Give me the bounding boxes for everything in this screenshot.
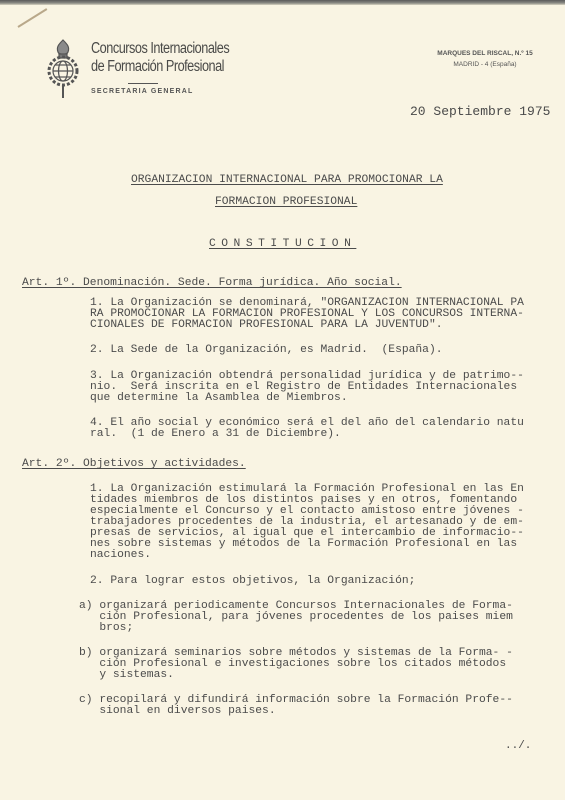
emblem-icon xyxy=(46,38,80,100)
art2-p2-line1: 2. Para lograr estos objetivos, la Organ… xyxy=(90,576,415,587)
art2-item-c-line2: sional en diversos paises. xyxy=(79,706,276,717)
art2-item-a-line3: bros; xyxy=(79,623,133,634)
organization-name: Concursos Internacionales de Formación P… xyxy=(91,40,247,76)
org-name-line2: de Formación Profesional xyxy=(91,58,247,76)
address-block: MARQUES DEL RISCAL, N.º 15 MADRID - 4 (E… xyxy=(420,48,550,70)
department-label: SECRETARIA GENERAL xyxy=(91,88,194,95)
art2-p1-line6: nes sobre sistemas y métodos de la Forma… xyxy=(90,539,517,550)
letterhead-rule xyxy=(128,83,158,84)
scratch-mark xyxy=(17,8,47,28)
art1-p1-line3: CIONALES DE FORMACION PROFESIONAL PARA L… xyxy=(90,320,443,331)
title-line2: FORMACION PROFESIONAL xyxy=(215,197,357,208)
art1-p4-line2: ral. (1 de Enero a 31 de Diciembre). xyxy=(90,429,341,440)
art2-item-b-line3: y sistemas. xyxy=(79,670,174,681)
constitution-heading: CONSTITUCION xyxy=(209,239,356,250)
art1-p3-line3: que determine la Asamblea de Miembros. xyxy=(90,393,348,404)
article-1-heading: Art. 1º. Denominación. Sede. Forma juríd… xyxy=(22,278,402,289)
address-line2: MADRID - 4 (España) xyxy=(420,59,550,70)
article-2-heading: Art. 2º. Objetivos y actividades. xyxy=(22,459,246,470)
page-top-edge xyxy=(0,0,565,5)
title-line1: ORGANIZACION INTERNACIONAL PARA PROMOCIO… xyxy=(131,175,443,186)
art1-p2-line1: 2. La Sede de la Organización, es Madrid… xyxy=(90,345,443,356)
page-continuation-mark: ../. xyxy=(505,740,531,752)
art2-item-a-line2: ción Profesional, para jóvenes procedent… xyxy=(79,612,513,623)
document-date: 20 Septiembre 1975 xyxy=(410,104,550,119)
address-line1: MARQUES DEL RISCAL, N.º 15 xyxy=(420,48,550,59)
org-name-line1: Concursos Internacionales xyxy=(91,40,247,58)
art2-p1-line7: naciones. xyxy=(90,550,151,561)
